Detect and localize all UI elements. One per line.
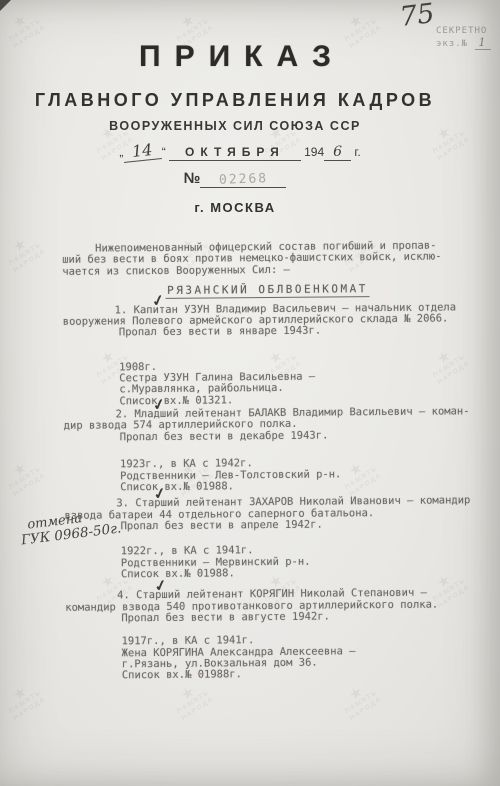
entries-list: ✓1. Капитан УЗУН Владимир Васильевич – н…: [63, 302, 476, 683]
city-line: г. МОСКВА: [0, 200, 470, 215]
handwritten-day: 14: [122, 139, 162, 163]
pamyat-naroda-watermark: ★ПАМЯТЬНАРОДА: [408, 107, 489, 173]
handwritten-year-digit: 6: [324, 144, 351, 161]
copy-number: 1: [475, 36, 491, 50]
entry-details: 1908г.Сестра УЗУН Галина Васильевна –с.М…: [119, 359, 473, 407]
pamyat-naroda-watermark: ★ПАМЯТЬНАРОДА: [72, 107, 153, 173]
entry-detail-line: Список вх.№ 01988г.: [122, 668, 476, 682]
entry-detail-line: Список вх.№ 01988.: [121, 566, 475, 580]
document-scan-page: ★ПАМЯТЬНАРОДА★ПАМЯТЬНАРОДА★ПАМЯТЬНАРОДА★…: [0, 0, 500, 786]
close-quote: “: [162, 145, 166, 159]
order-number-line: №02268: [0, 170, 470, 188]
entry-details: 1922г., в КА с 1941г.Родственники – Мерв…: [121, 544, 475, 581]
entry: ✓1. Капитан УЗУН Владимир Васильевич – н…: [63, 302, 474, 408]
number-label: №: [184, 170, 201, 187]
entry-detail-line: Список вх.№ 01988.: [120, 479, 474, 493]
entry: ✓4. Старший лейтенант КОРЯГИН Николай Ст…: [65, 587, 476, 682]
year-suffix: г.: [354, 145, 360, 159]
typed-body: Нижепоименованный офицерский состав поги…: [0, 232, 500, 683]
section-heading-text: РЯЗАНСКИЙ ОБЛВОЕНКОМАТ: [165, 282, 370, 299]
entry: ✓3. Старший лейтенант ЗАХАРОВ Николай Ив…: [64, 495, 475, 581]
copy-label: экз.№: [436, 39, 468, 49]
entry-line: Пропал без вести в августе 1942г.: [121, 610, 475, 624]
entry: ✓2. Младший лейтенант БАЛАКВ Владимир Ва…: [64, 406, 475, 494]
secrecy-stamp-line2: экз.№ 1: [436, 37, 500, 50]
stamped-order-number: 02268: [219, 171, 269, 188]
handwritten-page-number: 75: [398, 0, 436, 33]
preamble-line: чается из списков Вооруженных Сил: –: [62, 263, 472, 278]
entry-details: 1917г., в КА с 1941г.Жена КОРЯГИНА Алекс…: [122, 634, 476, 682]
entry-line: Пропал без вести в декабре 1943г.: [120, 429, 474, 443]
entry-details: 1923г., в КА с 1942г.Родственники – Лев-…: [120, 456, 474, 493]
date-line: „14“ ОКТЯБРЯ 1946 г.: [10, 141, 470, 161]
section-heading: РЯЗАНСКИЙ ОБЛВОЕНКОМАТ: [62, 282, 472, 298]
secrecy-stamp: СЕКРЕТНО экз.№ 1: [436, 26, 500, 50]
org-line2: ВООРУЖЕННЫХ СИЛ СОЮЗА ССР: [0, 119, 470, 133]
entry-line: Пропал без вести в январе 1943г.: [119, 325, 473, 339]
scan-corner-artifact: [0, 0, 11, 11]
preamble: Нижепоименованный офицерский состав поги…: [62, 240, 472, 278]
entry-line: Пропал без вести в апреле 1942г.: [120, 518, 474, 532]
org-line1: ГЛАВНОГО УПРАВЛЕНИЯ КАДРОВ: [0, 90, 470, 111]
month: ОКТЯБРЯ: [169, 143, 301, 161]
pamyat-naroda-watermark: ★ПАМЯТЬНАРОДА: [240, 107, 321, 173]
order-title: ПРИКАЗ: [0, 40, 470, 74]
year-printed: 194: [304, 145, 324, 159]
